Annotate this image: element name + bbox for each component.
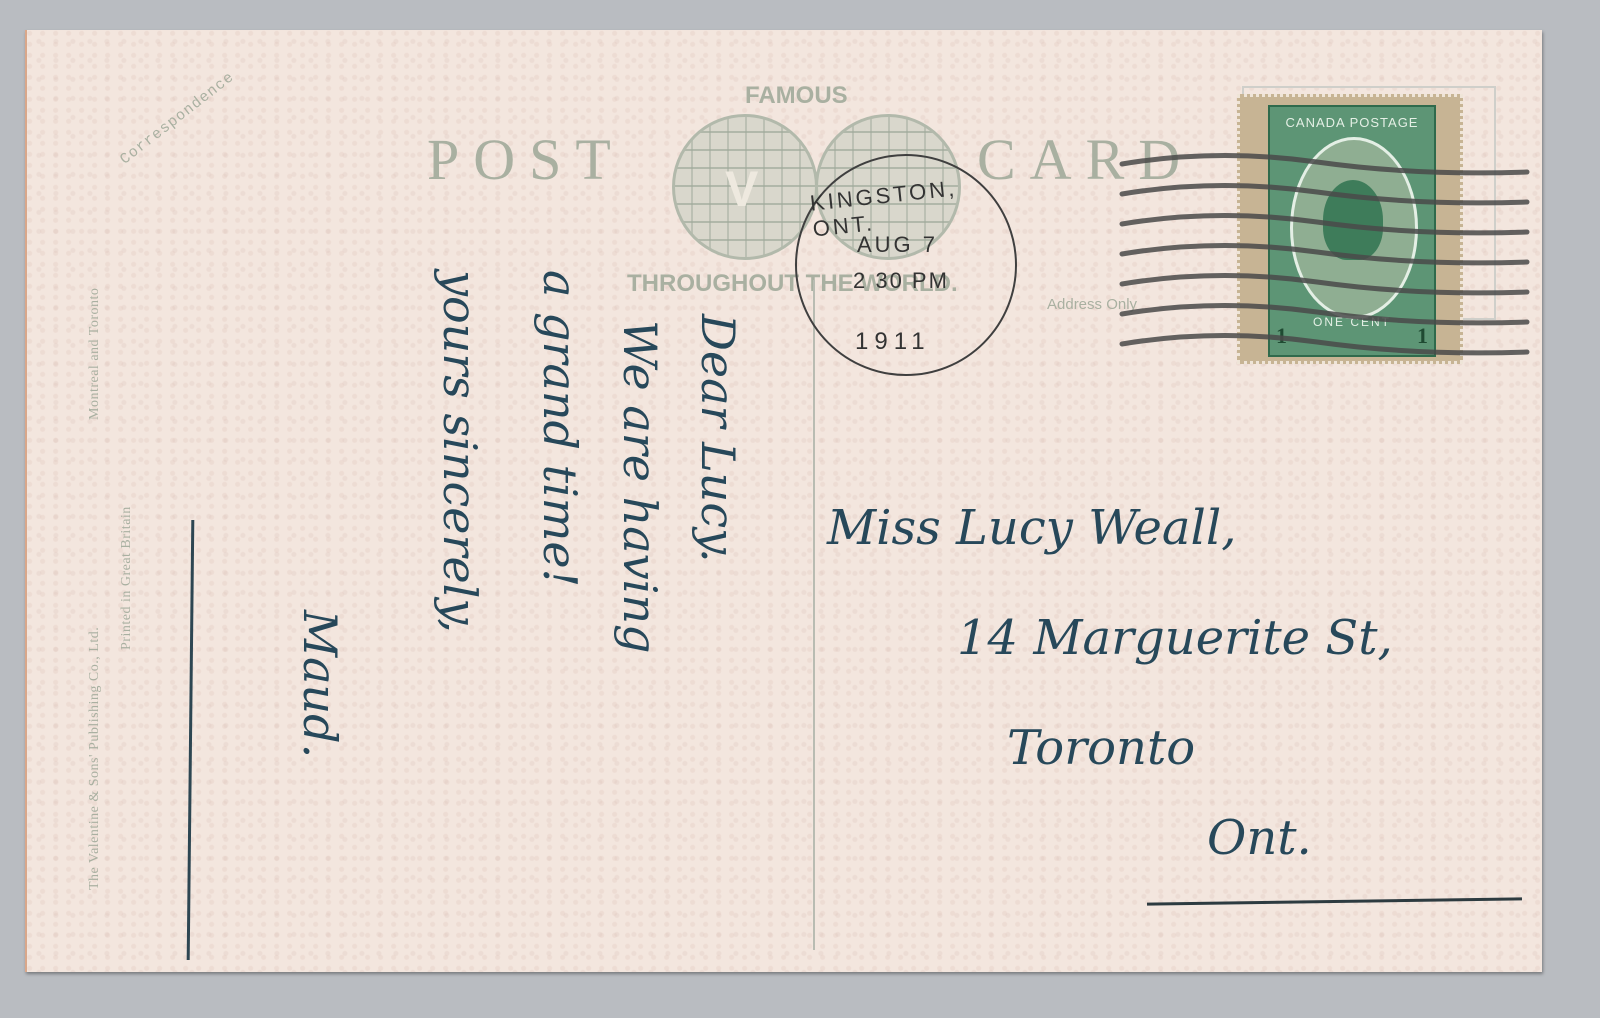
postmark-year: 1911	[855, 328, 931, 356]
address-line: Miss Lucy Weall,	[827, 500, 1236, 556]
valentine-logo: V	[725, 160, 758, 218]
message-line: yours sincerely,	[433, 270, 487, 633]
kingston-postmark: KINGSTON, ONT. AUG 7 2 30 PM 1911	[795, 154, 1017, 376]
address-underline	[1147, 897, 1522, 905]
postmark-time: 2 30 PM	[853, 268, 949, 294]
message-line: a grand time!	[533, 270, 587, 587]
stamp-country: CANADA POSTAGE	[1270, 115, 1434, 130]
postcard-back: FAMOUS POST V CARD THROUGHOUT THE WORLD.…	[25, 30, 1542, 972]
message-line: We are having	[613, 320, 667, 653]
ink-margin-line	[187, 520, 195, 960]
center-divider	[813, 280, 815, 950]
message-signature: Maud.	[293, 610, 347, 758]
message-line: Dear Lucy.	[691, 314, 745, 563]
publisher-city: Montreal and Toronto	[87, 288, 103, 420]
post-heading: POST	[427, 126, 625, 193]
publisher-line: The Valentine & Sons' Publishing Co., Lt…	[87, 627, 103, 890]
printed-in-label: Printed in Great Britain	[119, 506, 135, 650]
correspondence-label: Correspondence	[117, 69, 238, 169]
address-line: Toronto	[1007, 720, 1195, 776]
famous-heading: FAMOUS	[745, 82, 848, 110]
postmark-date: AUG 7	[857, 232, 938, 258]
address-line: Ont.	[1207, 810, 1312, 866]
wavy-cancel-lines	[1117, 152, 1532, 362]
address-line: 14 Marguerite St,	[957, 610, 1393, 666]
